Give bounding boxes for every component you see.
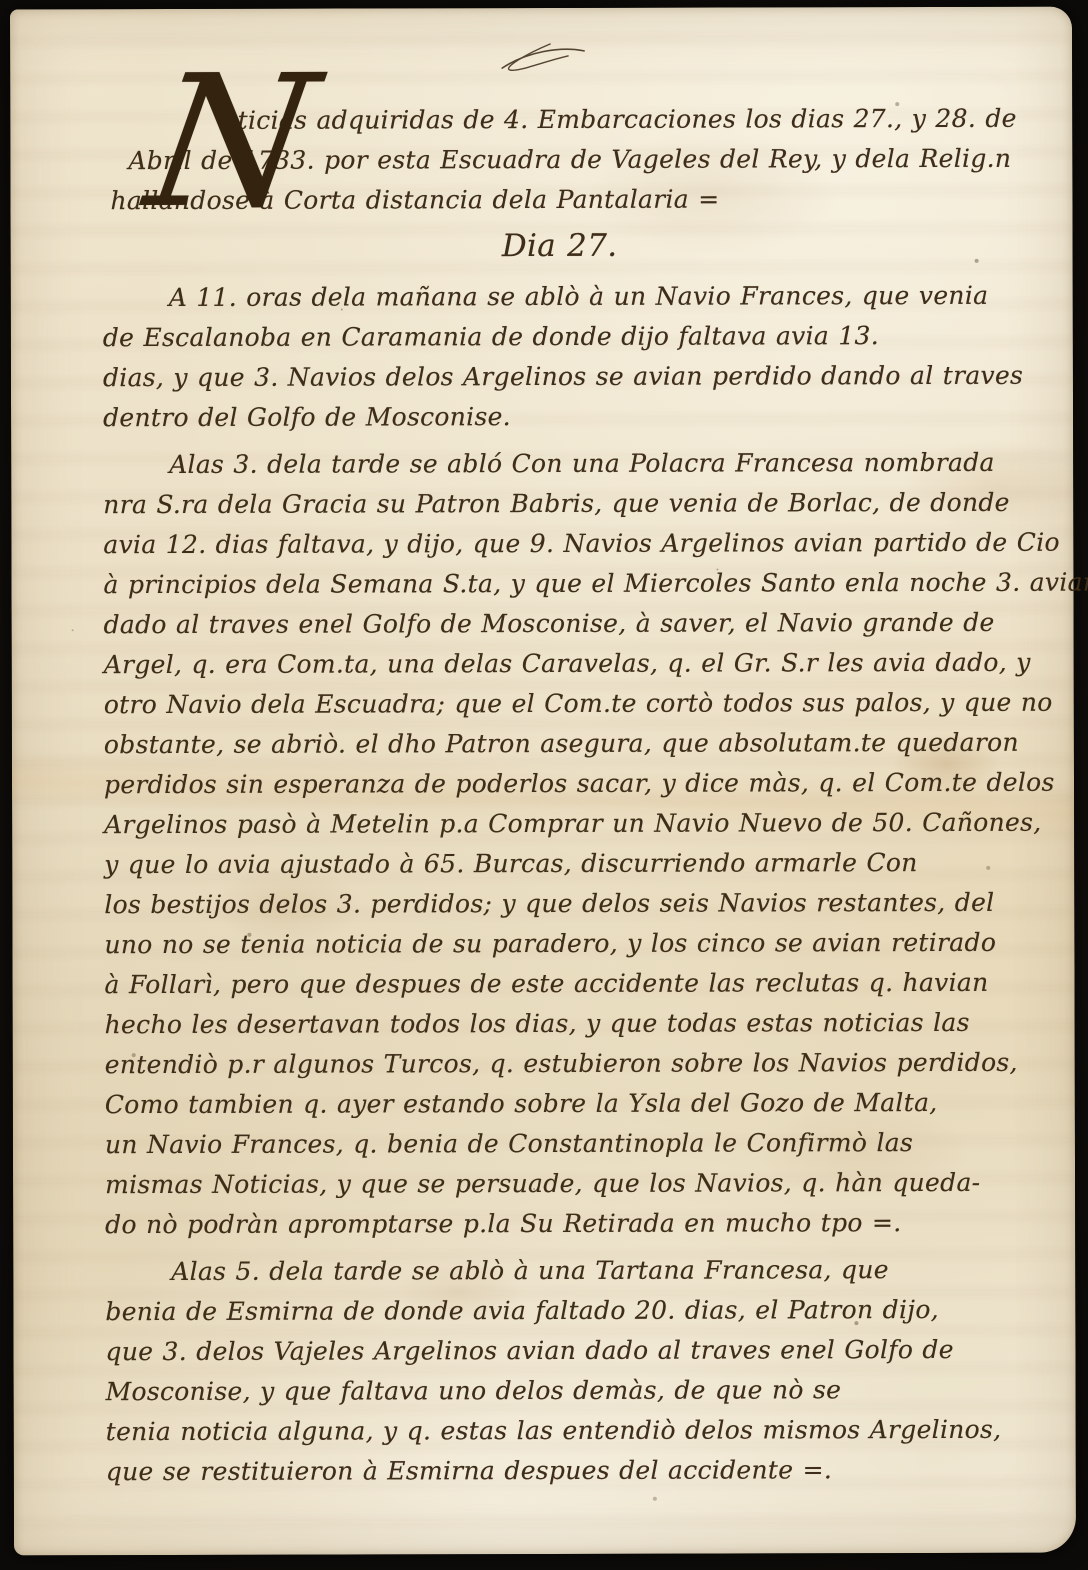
- manuscript-line: que se restituieron à Esmirna despues de…: [106, 1450, 1060, 1492]
- manuscript-line: mismas Noticias, y que se persuade, que …: [105, 1163, 1059, 1205]
- ink-specks: [10, 9, 12, 11]
- manuscript-text: N oticias adquiridas de 4. Embarcaciones…: [102, 99, 1060, 1492]
- manuscript-line: uno no se tenia noticia de su paradero, …: [104, 923, 1058, 965]
- manuscript-line: dias, y que 3. Navios delos Argelinos se…: [103, 356, 1057, 398]
- manuscript-line: oticias adquiridas de 4. Embarcaciones l…: [222, 99, 1056, 141]
- manuscript-line: dentro del Golfo de Mosconise.: [103, 396, 1057, 438]
- manuscript-line: otro Navio dela Escuadra; que el Com.te …: [104, 683, 1058, 725]
- manuscript-line: los bestijos delos 3. perdidos; y que de…: [104, 883, 1058, 925]
- manuscript-page: N oticias adquiridas de 4. Embarcaciones…: [10, 7, 1076, 1556]
- manuscript-line: Mosconise, y que faltava uno delos demàs…: [106, 1370, 1060, 1412]
- manuscript-line: tenia noticia alguna, y q. estas las ent…: [106, 1410, 1060, 1452]
- paragraph-3: Alas 5. dela tarde se ablò à una Tartana…: [105, 1250, 1060, 1492]
- manuscript-line: Argel, q. era Com.ta, una delas Caravela…: [104, 643, 1058, 685]
- manuscript-line: Como tambien q. ayer estando sobre la Ys…: [105, 1083, 1059, 1125]
- drop-cap-initial: N: [138, 51, 326, 233]
- paragraph-1: A 11. oras dela mañana se ablò à un Navi…: [103, 276, 1057, 438]
- manuscript-line: à principios dela Semana S.ta, y que el …: [103, 563, 1057, 605]
- manuscript-line: Alas 3. dela tarde se abló Con una Polac…: [169, 443, 1057, 485]
- manuscript-line: Alas 5. dela tarde se ablò à una Tartana…: [171, 1250, 1059, 1292]
- scanned-manuscript: { "scan": { "backdrop_color": "#0d0b09",…: [0, 0, 1088, 1570]
- manuscript-line: Argelinos pasò à Metelin p.a Comprar un …: [104, 803, 1058, 845]
- pen-cross-flourish-icon: [498, 38, 594, 82]
- paragraph-2: Alas 3. dela tarde se abló Con una Polac…: [103, 443, 1059, 1245]
- manuscript-line: hecho les desertavan todos los dias, y q…: [105, 1003, 1059, 1045]
- manuscript-line: A 11. oras dela mañana se ablò à un Navi…: [169, 276, 1057, 318]
- manuscript-line: y que lo avia ajustado à 65. Burcas, dis…: [104, 843, 1058, 885]
- manuscript-line: de Escalanoba en Caramania de donde dijo…: [103, 316, 1057, 358]
- manuscript-line: que 3. delos Vajeles Argelinos avian dad…: [105, 1330, 1059, 1372]
- manuscript-line: à Follarì, pero que despues de este acci…: [104, 963, 1058, 1005]
- manuscript-line: avia 12. dias faltava, y dijo, que 9. Na…: [103, 523, 1057, 565]
- manuscript-line: nra S.ra dela Gracia su Patron Babris, q…: [103, 483, 1057, 525]
- manuscript-line: entendiò p.r algunos Turcos, q. estubier…: [105, 1043, 1059, 1085]
- opening-paragraph: N oticias adquiridas de 4. Embarcaciones…: [102, 99, 1056, 221]
- manuscript-line: dado al traves enel Golfo de Mosconise, …: [104, 603, 1058, 645]
- manuscript-line: un Navio Frances, q. benia de Constantin…: [105, 1123, 1059, 1165]
- manuscript-line: obstante, se abriò. el dho Patron asegur…: [104, 723, 1058, 765]
- manuscript-line: benia de Esmirna de donde avia faltado 2…: [105, 1290, 1059, 1332]
- manuscript-line: perdidos sin esperanza de poderlos sacar…: [104, 763, 1058, 805]
- manuscript-line: do nò podràn apromptarse p.la Su Retirad…: [105, 1203, 1059, 1245]
